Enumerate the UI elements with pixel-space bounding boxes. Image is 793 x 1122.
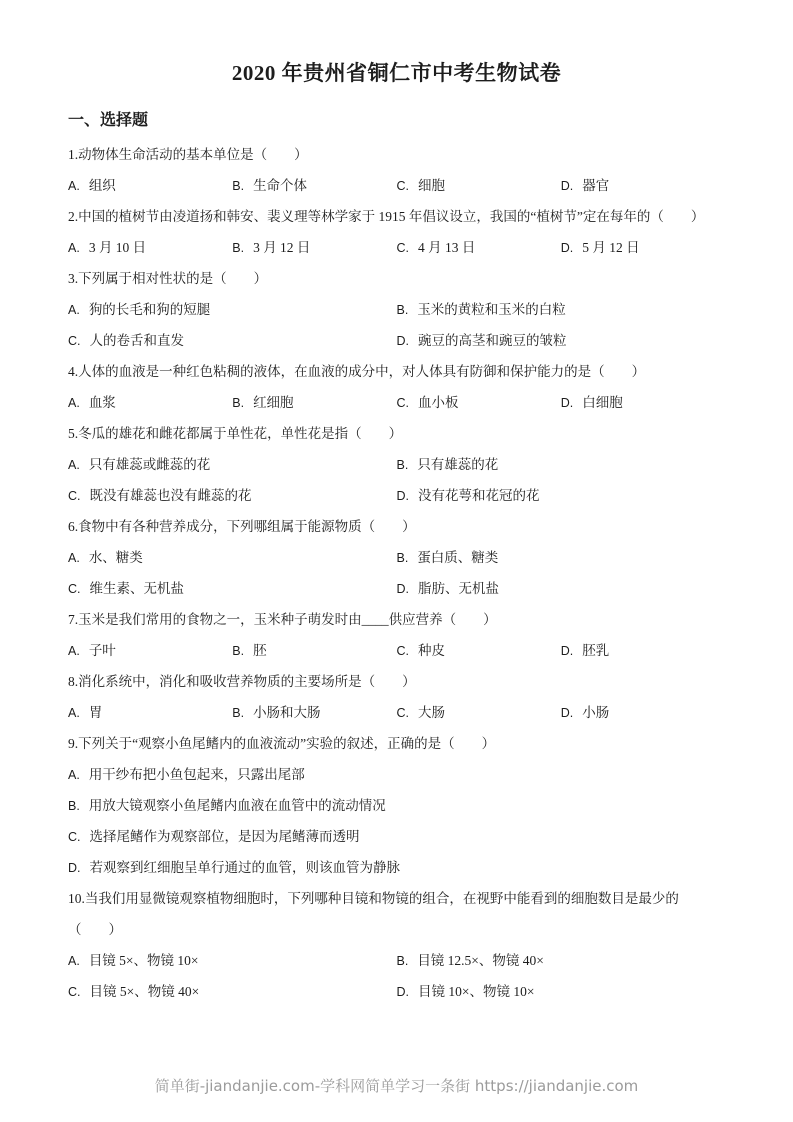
option-text: 用放大镜观察小鱼尾鳍内血液在血管中的流动情况: [89, 798, 386, 813]
option-d: D.没有花萼和花冠的花: [397, 486, 726, 506]
option-letter: A.: [68, 765, 80, 785]
option-text: 没有花萼和花冠的花: [418, 488, 540, 503]
option-a: A.只有雄蕊或雌蕊的花: [68, 455, 397, 475]
option-d: D.目镜 10×、物镜 10×: [397, 982, 726, 1002]
option-text: 器官: [582, 178, 609, 193]
question-6: 6.食物中有各种营养成分，下列哪组属于能源物质（ ） A.水、糖类 B.蛋白质、…: [68, 517, 725, 599]
option-text: 大肠: [418, 705, 445, 720]
option-letter: D.: [397, 982, 410, 1002]
option-a: A.3 月 10 日: [68, 238, 232, 258]
option-letter: A.: [68, 548, 80, 568]
option-text: 白细胞: [582, 395, 623, 410]
option-letter: D.: [561, 393, 574, 413]
option-d: D.白细胞: [561, 393, 725, 413]
option-letter: D.: [68, 858, 81, 878]
option-text: 4 月 13 日: [418, 240, 475, 255]
question-5: 5.冬瓜的雄花和雌花都属于单性花，单性花是指（ ） A.只有雄蕊或雌蕊的花 B.…: [68, 424, 725, 506]
option-letter: B.: [68, 796, 80, 816]
option-c: C.选择尾鳍作为观察部位，是因为尾鳍薄而透明: [68, 827, 725, 847]
option-text: 目镜 5×、物镜 10×: [89, 953, 199, 968]
question-stem-line2: （ ）: [68, 920, 725, 940]
option-letter: C.: [397, 176, 410, 196]
question-1: 1.动物体生命活动的基本单位是（ ） A.组织 B.生命个体 C.细胞 D.器官: [68, 145, 725, 196]
option-a: A.组织: [68, 176, 232, 196]
option-d: D.若观察到红细胞呈单行通过的血管，则该血管为静脉: [68, 858, 725, 878]
question-4: 4.人体的血液是一种红色粘稠的液体，在血液的成分中，对人体具有防御和保护能力的是…: [68, 362, 725, 413]
option-letter: C.: [397, 641, 410, 661]
option-b: B.胚: [232, 641, 396, 661]
option-c: C.大肠: [397, 703, 561, 723]
question-options: A.胃 B.小肠和大肠 C.大肠 D.小肠: [68, 703, 725, 723]
option-a: A.目镜 5×、物镜 10×: [68, 951, 397, 971]
option-c: C.4 月 13 日: [397, 238, 561, 258]
option-letter: A.: [68, 176, 80, 196]
option-letter: A.: [68, 393, 80, 413]
option-letter: B.: [397, 300, 409, 320]
question-8: 8.消化系统中，消化和吸收营养物质的主要场所是（ ） A.胃 B.小肠和大肠 C…: [68, 672, 725, 723]
option-c: C.既没有雄蕊也没有雌蕊的花: [68, 486, 397, 506]
question-stem: 3.下列属于相对性状的是（ ）: [68, 269, 725, 289]
option-text: 5 月 12 日: [582, 240, 639, 255]
document-title: 2020 年贵州省铜仁市中考生物试卷: [68, 58, 725, 88]
option-letter: D.: [397, 331, 410, 351]
option-d: D.5 月 12 日: [561, 238, 725, 258]
option-letter: C.: [397, 238, 410, 258]
option-letter: D.: [561, 176, 574, 196]
question-stem: 5.冬瓜的雄花和雌花都属于单性花，单性花是指（ ）: [68, 424, 725, 444]
option-a: A.狗的长毛和狗的短腿: [68, 300, 397, 320]
option-text: 豌豆的高茎和豌豆的皱粒: [418, 333, 567, 348]
option-letter: D.: [561, 703, 574, 723]
option-text: 水、糖类: [89, 550, 143, 565]
question-stem: 6.食物中有各种营养成分，下列哪组属于能源物质（ ）: [68, 517, 725, 537]
option-letter: B.: [232, 393, 244, 413]
question-list: 1.动物体生命活动的基本单位是（ ） A.组织 B.生命个体 C.细胞 D.器官…: [68, 145, 725, 1002]
option-b: B.蛋白质、糖类: [397, 548, 726, 568]
option-letter: C.: [397, 393, 410, 413]
option-text: 目镜 5×、物镜 40×: [90, 984, 200, 999]
option-text: 胚: [253, 643, 267, 658]
option-letter: C.: [68, 982, 81, 1002]
option-a: A.用干纱布把小鱼包起来，只露出尾部: [68, 765, 725, 785]
option-b: B.目镜 12.5×、物镜 40×: [397, 951, 726, 971]
option-text: 狗的长毛和狗的短腿: [89, 302, 211, 317]
option-b: B.玉米的黄粒和玉米的白粒: [397, 300, 726, 320]
option-d: D.器官: [561, 176, 725, 196]
question-stem: 10.当我们用显微镜观察植物细胞时，下列哪种目镜和物镜的组合，在视野中能看到的细…: [68, 889, 725, 909]
option-text: 血小板: [418, 395, 459, 410]
question-options: A.目镜 5×、物镜 10× B.目镜 12.5×、物镜 40× C.目镜 5×…: [68, 951, 725, 1002]
option-a: A.子叶: [68, 641, 232, 661]
option-letter: C.: [68, 579, 81, 599]
question-options: A.狗的长毛和狗的短腿 B.玉米的黄粒和玉米的白粒 C.人的卷舌和直发 D.豌豆…: [68, 300, 725, 351]
option-b: B.3 月 12 日: [232, 238, 396, 258]
question-options: A.血浆 B.红细胞 C.血小板 D.白细胞: [68, 393, 725, 413]
question-options: A.子叶 B.胚 C.种皮 D.胚乳: [68, 641, 725, 661]
question-options: A.组织 B.生命个体 C.细胞 D.器官: [68, 176, 725, 196]
footer-watermark: 简单街-jiandanjie.com-学科网简单学习一条街 https://ji…: [0, 1075, 793, 1096]
option-letter: C.: [397, 703, 410, 723]
option-text: 只有雄蕊的花: [417, 457, 498, 472]
option-b: B.用放大镜观察小鱼尾鳍内血液在血管中的流动情况: [68, 796, 725, 816]
question-3: 3.下列属于相对性状的是（ ） A.狗的长毛和狗的短腿 B.玉米的黄粒和玉米的白…: [68, 269, 725, 351]
question-options: A.水、糖类 B.蛋白质、糖类 C.维生素、无机盐 D.脂肪、无机盐: [68, 548, 725, 599]
option-letter: A.: [68, 703, 80, 723]
option-text: 子叶: [89, 643, 116, 658]
section-heading: 一、选择题: [68, 110, 725, 132]
question-options: A.3 月 10 日 B.3 月 12 日 C.4 月 13 日 D.5 月 1…: [68, 238, 725, 258]
option-c: C.目镜 5×、物镜 40×: [68, 982, 397, 1002]
option-b: B.生命个体: [232, 176, 396, 196]
option-letter: D.: [397, 579, 410, 599]
option-text: 只有雄蕊或雌蕊的花: [89, 457, 211, 472]
option-letter: B.: [397, 951, 409, 971]
question-stem: 9.下列关于“观察小鱼尾鳍内的血液流动”实验的叙述，正确的是（ ）: [68, 734, 725, 754]
question-options: A.只有雄蕊或雌蕊的花 B.只有雄蕊的花 C.既没有雄蕊也没有雌蕊的花 D.没有…: [68, 455, 725, 506]
option-a: A.胃: [68, 703, 232, 723]
option-d: D.脂肪、无机盐: [397, 579, 726, 599]
option-letter: A.: [68, 455, 80, 475]
question-stem: 7.玉米是我们常用的食物之一，玉米种子萌发时由____供应营养（ ）: [68, 610, 725, 630]
option-text: 用干纱布把小鱼包起来，只露出尾部: [89, 767, 305, 782]
option-text: 目镜 12.5×、物镜 40×: [417, 953, 544, 968]
option-letter: D.: [561, 238, 574, 258]
option-c: C.人的卷舌和直发: [68, 331, 397, 351]
option-text: 生命个体: [253, 178, 307, 193]
option-letter: A.: [68, 641, 80, 661]
option-letter: C.: [68, 827, 81, 847]
option-letter: B.: [232, 703, 244, 723]
question-stem: 2.中国的植树节由凌道扬和韩安、裴义理等林学家于 1915 年倡议设立，我国的“…: [68, 207, 725, 227]
option-d: D.胚乳: [561, 641, 725, 661]
option-a: A.水、糖类: [68, 548, 397, 568]
option-c: C.血小板: [397, 393, 561, 413]
option-letter: B.: [232, 176, 244, 196]
option-letter: C.: [68, 486, 81, 506]
option-text: 组织: [89, 178, 116, 193]
option-letter: D.: [397, 486, 410, 506]
option-text: 小肠和大肠: [253, 705, 321, 720]
option-text: 种皮: [418, 643, 445, 658]
option-c: C.细胞: [397, 176, 561, 196]
option-letter: B.: [397, 548, 409, 568]
question-options: A.用干纱布把小鱼包起来，只露出尾部 B.用放大镜观察小鱼尾鳍内血液在血管中的流…: [68, 765, 725, 878]
option-text: 蛋白质、糖类: [417, 550, 498, 565]
option-text: 胃: [89, 705, 103, 720]
option-text: 血浆: [89, 395, 116, 410]
question-2: 2.中国的植树节由凌道扬和韩安、裴义理等林学家于 1915 年倡议设立，我国的“…: [68, 207, 725, 258]
option-d: D.小肠: [561, 703, 725, 723]
option-letter: A.: [68, 300, 80, 320]
option-text: 红细胞: [253, 395, 294, 410]
option-letter: B.: [397, 455, 409, 475]
question-stem: 8.消化系统中，消化和吸收营养物质的主要场所是（ ）: [68, 672, 725, 692]
option-text: 胚乳: [582, 643, 609, 658]
option-text: 选择尾鳍作为观察部位，是因为尾鳍薄而透明: [90, 829, 360, 844]
question-9: 9.下列关于“观察小鱼尾鳍内的血液流动”实验的叙述，正确的是（ ） A.用干纱布…: [68, 734, 725, 878]
option-letter: A.: [68, 951, 80, 971]
option-b: B.小肠和大肠: [232, 703, 396, 723]
option-letter: A.: [68, 238, 80, 258]
question-10: 10.当我们用显微镜观察植物细胞时，下列哪种目镜和物镜的组合，在视野中能看到的细…: [68, 889, 725, 1002]
exam-paper-page: 2020 年贵州省铜仁市中考生物试卷 一、选择题 1.动物体生命活动的基本单位是…: [0, 0, 793, 1122]
option-letter: B.: [232, 641, 244, 661]
option-c: C.维生素、无机盐: [68, 579, 397, 599]
option-letter: C.: [68, 331, 81, 351]
option-text: 人的卷舌和直发: [90, 333, 185, 348]
option-letter: B.: [232, 238, 244, 258]
option-text: 3 月 10 日: [89, 240, 146, 255]
option-b: B.只有雄蕊的花: [397, 455, 726, 475]
option-text: 维生素、无机盐: [90, 581, 185, 596]
option-text: 玉米的黄粒和玉米的白粒: [417, 302, 566, 317]
option-letter: D.: [561, 641, 574, 661]
option-text: 若观察到红细胞呈单行通过的血管，则该血管为静脉: [90, 860, 401, 875]
option-b: B.红细胞: [232, 393, 396, 413]
option-text: 细胞: [418, 178, 445, 193]
question-stem: 4.人体的血液是一种红色粘稠的液体，在血液的成分中，对人体具有防御和保护能力的是…: [68, 362, 725, 382]
option-text: 目镜 10×、物镜 10×: [418, 984, 534, 999]
option-text: 脂肪、无机盐: [418, 581, 499, 596]
option-c: C.种皮: [397, 641, 561, 661]
question-stem: 1.动物体生命活动的基本单位是（ ）: [68, 145, 725, 165]
option-text: 既没有雄蕊也没有雌蕊的花: [90, 488, 252, 503]
option-d: D.豌豆的高茎和豌豆的皱粒: [397, 331, 726, 351]
question-7: 7.玉米是我们常用的食物之一，玉米种子萌发时由____供应营养（ ） A.子叶 …: [68, 610, 725, 661]
option-text: 3 月 12 日: [253, 240, 310, 255]
option-text: 小肠: [582, 705, 609, 720]
option-a: A.血浆: [68, 393, 232, 413]
